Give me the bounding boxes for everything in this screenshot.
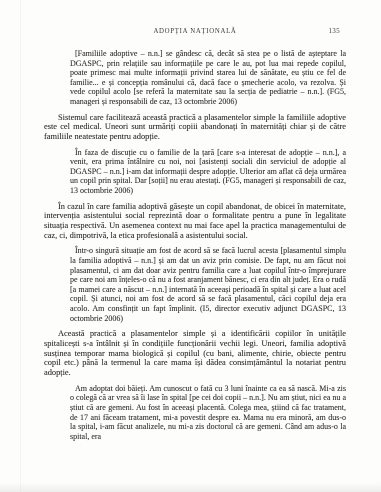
quote-block-in-faza-de-discutie: În faza de discuție cu o familie de la ț… <box>70 148 346 196</box>
quote-block-intr-o-singura-situatie: Într-o singură situație am fost de acord… <box>70 246 346 323</box>
quote-block-am-adoptat-doi-baieti: Am adoptat doi băieți. Am cunoscut o fat… <box>70 384 346 442</box>
running-header: ADOPȚIA NAȚIONALĂ 135 <box>44 28 346 37</box>
page-content: ADOPȚIA NAȚIONALĂ 135 [Familiile adoptiv… <box>44 28 346 441</box>
body-paragraph-sistemul: Sistemul care facilitează această practi… <box>44 113 346 142</box>
quote-block-familiile-adoptive: [Familiile adoptive – n.n.] se gândesc c… <box>70 49 346 107</box>
scan-edge-bottom <box>0 482 381 492</box>
scan-edge-left <box>20 0 21 492</box>
running-header-title: ADOPȚIA NAȚIONALĂ <box>44 28 346 35</box>
body-paragraph-aceasta-practica: Această practică a plasamentelor simple … <box>44 329 346 378</box>
body-paragraph-in-cazul: În cazul în care familia adoptivă găseșt… <box>44 202 346 241</box>
scanned-book-page: ADOPȚIA NAȚIONALĂ 135 [Familiile adoptiv… <box>0 0 381 492</box>
page-number: 135 <box>329 28 340 35</box>
